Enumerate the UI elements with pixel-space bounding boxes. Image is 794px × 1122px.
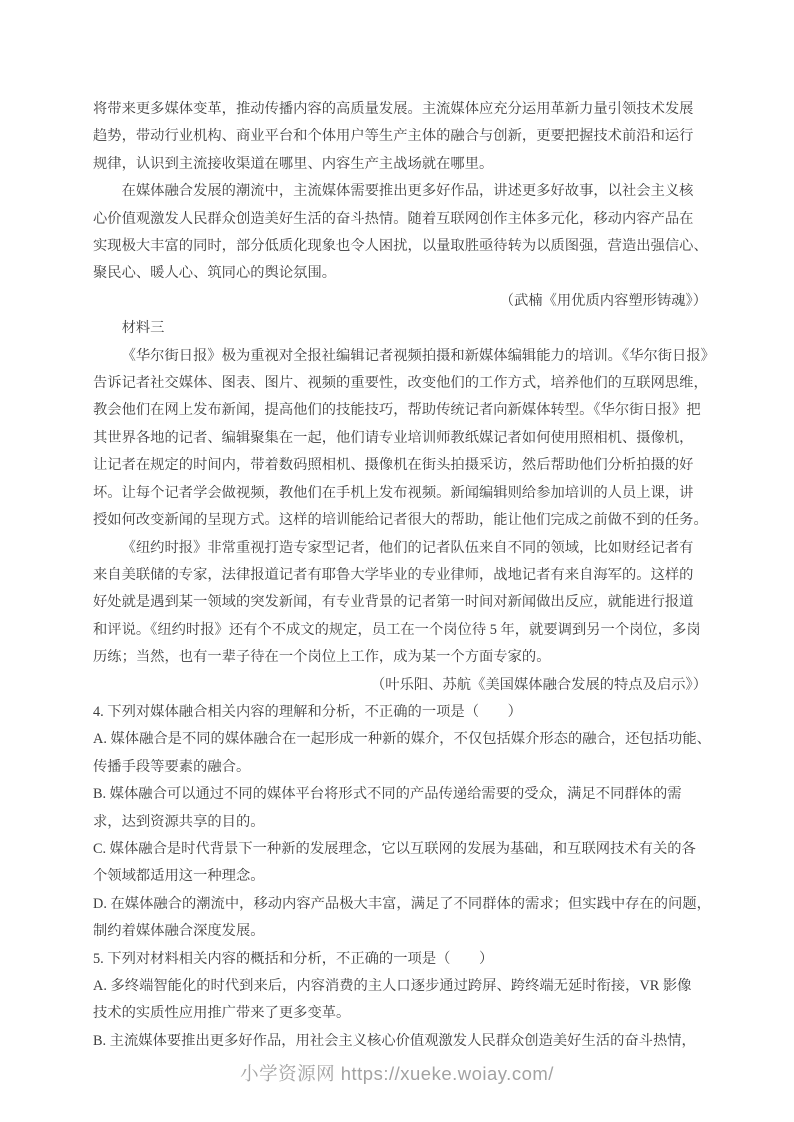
question-4-stem: 4. 下列对媒体融合相关内容的理解和分析，不正确的一项是（ ） [93,699,707,726]
question-5-stem: 5. 下列对材料相关内容的概括和分析，不正确的一项是（ ） [93,946,707,973]
paragraph-line: 坏。让每个记者学会做视频，教他们在手机上发布视频。新闻编辑则给参加培训的人员上课… [93,480,707,507]
paragraph-line: 好处就是遇到某一领域的突发新闻，有专业背景的记者第一时间对新闻做出反应，就能进行… [93,589,707,616]
paragraph-line: 教会他们在网上发布新闻，提高他们的技能技巧，帮助传统记者向新媒体转型。《华尔街日… [93,397,707,424]
paragraph-line: 实现极大丰富的同时，部分低质化现象也令人困扰，以量取胜亟待转为以质图强，营造出强… [93,233,707,260]
paragraph-line: 《纽约时报》非常重视打造专家型记者，他们的记者队伍来自不同的领域，比如财经记者有 [93,535,707,562]
paragraph-line: 告诉记者社交媒体、图表、图片、视频的重要性，改变他们的工作方式，培养他们的互联网… [93,370,707,397]
paragraph-line: 让记者在规定的时间内，带着数码照相机、摄像机在街头拍摄采访，然后帮助他们分析拍摄… [93,452,707,479]
question-5-option-a-line: A. 多终端智能化的时代到来后，内容消费的主人口逐步通过跨屏、跨终端无延时衔接，… [93,973,707,1000]
paragraph-line: 《华尔街日报》极为重视对全报社编辑记者视频拍摄和新媒体编辑能力的培训。《华尔街日… [93,343,707,370]
question-4-option-a-line: 传播手段等要素的融合。 [93,754,707,781]
paragraph-line: 在媒体融合发展的潮流中，主流媒体需要推出更多好作品，讲述更多好故事，以社会主义核 [93,178,707,205]
paragraph-line: 聚民心、暖人心、筑同心的舆论氛围。 [93,260,707,287]
site-watermark: 小学资源网 https://xueke.woiay.com/ [0,1062,794,1086]
paragraph-line: 趋势，带动行业机构、商业平台和个体用户等生产主体的融合与创新，更要把握技术前沿和… [93,123,707,150]
source-citation: （叶乐阳、苏航《美国媒体融合发展的特点及启示》） [93,672,707,699]
question-4-option-c-line: C. 媒体融合是时代背景下一种新的发展理念，它以互联网的发展为基础，和互联网技术… [93,836,707,863]
paragraph-line: 和评说。《纽约时报》还有个不成文的规定，员工在一个岗位待 5 年，就要调到另一个… [93,617,707,644]
question-5-option-b-line: B. 主流媒体要推出更多好作品，用社会主义核心价值观激发人民群众创造美好生活的奋… [93,1028,707,1055]
paragraph-line: 其世界各地的记者、编辑聚集在一起，他们请专业培训师教纸媒记者如何使用照相机、摄像… [93,425,707,452]
question-4-option-b-line: B. 媒体融合可以通过不同的媒体平台将形式不同的产品传递给需要的受众，满足不同群… [93,781,707,808]
question-5-option-a-line: 技术的实质性应用推广带来了更多变革。 [93,1000,707,1027]
paragraph-line: 心价值观激发人民群众创造美好生活的奋斗热情。随着互联网创作主体多元化，移动内容产… [93,206,707,233]
material-three-heading: 材料三 [93,315,707,342]
source-citation: （武楠《用优质内容塑形铸魂》） [93,288,707,315]
question-4-option-b-line: 求，达到资源共享的目的。 [93,809,707,836]
paragraph-line: 授如何改变新闻的呈现方式。这样的培训能给记者很大的帮助，能让他们完成之前做不到的… [93,507,707,534]
paragraph-line: 历练；当然，也有一辈子待在一个岗位上工作，成为某一个方面专家的。 [93,644,707,671]
exam-page: 将带来更多媒体变革，推动传播内容的高质量发展。主流媒体应充分运用革新力量引领技术… [0,0,794,1122]
paragraph-line: 规律，认识到主流接收渠道在哪里、内容生产主战场就在哪里。 [93,151,707,178]
question-4-option-c-line: 个领域都适用这一种理念。 [93,863,707,890]
paragraph-line: 来自美联储的专家，法律报道记者有耶鲁大学毕业的专业律师，战地记者有来自海军的。这… [93,562,707,589]
document-body: 将带来更多媒体变革，推动传播内容的高质量发展。主流媒体应充分运用革新力量引领技术… [93,96,707,1055]
question-4-option-d-line: 制约着媒体融合深度发展。 [93,918,707,945]
paragraph-line: 将带来更多媒体变革，推动传播内容的高质量发展。主流媒体应充分运用革新力量引领技术… [93,96,707,123]
question-4-option-d-line: D. 在媒体融合的潮流中，移动内容产品极大丰富，满足了不同群体的需求；但实践中存… [93,891,707,918]
question-4-option-a-line: A. 媒体融合是不同的媒体融合在一起形成一种新的媒介，不仅包括媒介形态的融合，还… [93,726,707,753]
